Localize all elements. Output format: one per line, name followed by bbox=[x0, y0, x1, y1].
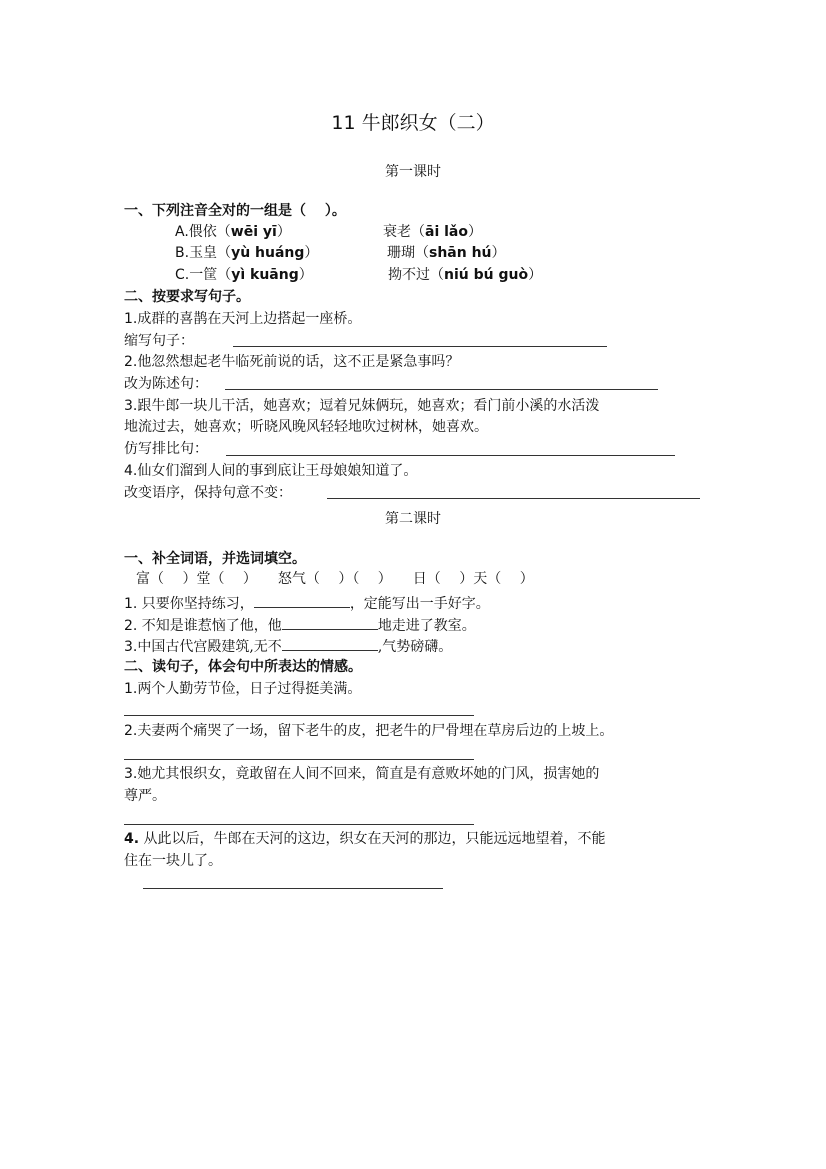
l2-q1-prompt: 一、补全词语，并选词填空。 bbox=[124, 550, 306, 568]
fill-blank[interactable] bbox=[282, 636, 378, 651]
l1-q2-item-1: 1.成群的喜鹊在天河上边搭起一座桥。 bbox=[124, 310, 361, 328]
l2-q1-words: 富（ ）堂（ ） 怒气（ ）（ ） 日（ ）天（ ） bbox=[136, 570, 534, 588]
l2-q2-item-3-cont: 尊严。 bbox=[124, 787, 166, 805]
answer-line[interactable] bbox=[124, 824, 474, 825]
l1-q1-option-c: C.一筐（yì kuāng） bbox=[175, 266, 313, 284]
l2-q2-item-2: 2.夫妻两个痛哭了一场，留下老牛的皮，把老牛的尸骨埋在草房后边的上坡上。 bbox=[124, 722, 613, 740]
answer-line[interactable] bbox=[225, 389, 658, 390]
l1-q2-prompt: 二、按要求写句子。 bbox=[124, 288, 250, 306]
answer-line[interactable] bbox=[226, 455, 675, 456]
l1-q1-option-b-word2: 珊瑚（shān hú） bbox=[387, 244, 506, 262]
l2-q1-item-1: 1. 只要你坚持练习，，定能写出一手好字。 bbox=[124, 593, 490, 613]
lesson2-heading: 第二课时 bbox=[0, 510, 826, 528]
l1-q2-item-2-task: 改为陈述句： bbox=[124, 375, 208, 393]
fill-blank[interactable] bbox=[254, 593, 350, 608]
l1-q2-item-4-task: 改变语序，保持句意不变： bbox=[124, 484, 292, 502]
l1-q1-option-b: B.玉皇（yù huáng） bbox=[175, 244, 318, 262]
answer-line[interactable] bbox=[327, 498, 700, 499]
answer-line[interactable] bbox=[143, 888, 443, 889]
lesson1-heading: 第一课时 bbox=[0, 163, 826, 181]
l1-q2-item-3-task: 仿写排比句： bbox=[124, 440, 208, 458]
l2-q2-prompt: 二、读句子，体会句中所表达的情感。 bbox=[124, 658, 362, 676]
worksheet-title: 11 牛郎织女（二） bbox=[0, 114, 826, 132]
l1-q2-item-3: 3.跟牛郎一块儿干活，她喜欢；逗着兄妹俩玩，她喜欢；看门前小溪的水活泼 bbox=[124, 397, 599, 415]
l2-q2-item-4-cont: 住在一块儿了。 bbox=[124, 852, 222, 870]
fill-blank[interactable] bbox=[282, 615, 378, 630]
l1-q1-option-a-word2: 衰老（āi lǎo） bbox=[383, 223, 482, 241]
l1-q1-prompt: 一、下列注音全对的一组是（ ）。 bbox=[124, 202, 346, 220]
l1-q2-item-3-cont: 地流过去，她喜欢；听晓风晚风轻轻地吹过树林，她喜欢。 bbox=[124, 418, 488, 436]
l1-q2-item-4: 4.仙女们溜到人间的事到底让王母娘娘知道了。 bbox=[124, 462, 417, 480]
l2-q1-item-2: 2. 不知是谁惹恼了他，他地走进了教室。 bbox=[124, 615, 476, 635]
l1-q2-item-1-task: 缩写句子： bbox=[124, 332, 194, 350]
l1-q1-option-a: A.偎依（wēi yī） bbox=[175, 223, 291, 241]
answer-line[interactable] bbox=[124, 715, 474, 716]
l2-q2-item-1: 1.两个人勤劳节俭，日子过得挺美满。 bbox=[124, 680, 361, 698]
l2-q1-item-3: 3.中国古代宫殿建筑,无不,气势磅礴。 bbox=[124, 636, 452, 656]
l1-q2-item-2: 2.他忽然想起老牛临死前说的话，这不正是紧急事吗？ bbox=[124, 353, 459, 371]
answer-line[interactable] bbox=[233, 346, 607, 347]
l2-q2-item-4: 4. 从此以后，牛郎在天河的这边，织女在天河的那边，只能远远地望着，不能 bbox=[124, 830, 606, 848]
l1-q1-option-c-word2: 拗不过（niú bú guò） bbox=[388, 266, 542, 284]
l2-q2-item-3: 3.她尤其恨织女，竟敢留在人间不回来，简直是有意败坏她的门风，损害她的 bbox=[124, 765, 599, 783]
answer-line[interactable] bbox=[124, 759, 474, 760]
